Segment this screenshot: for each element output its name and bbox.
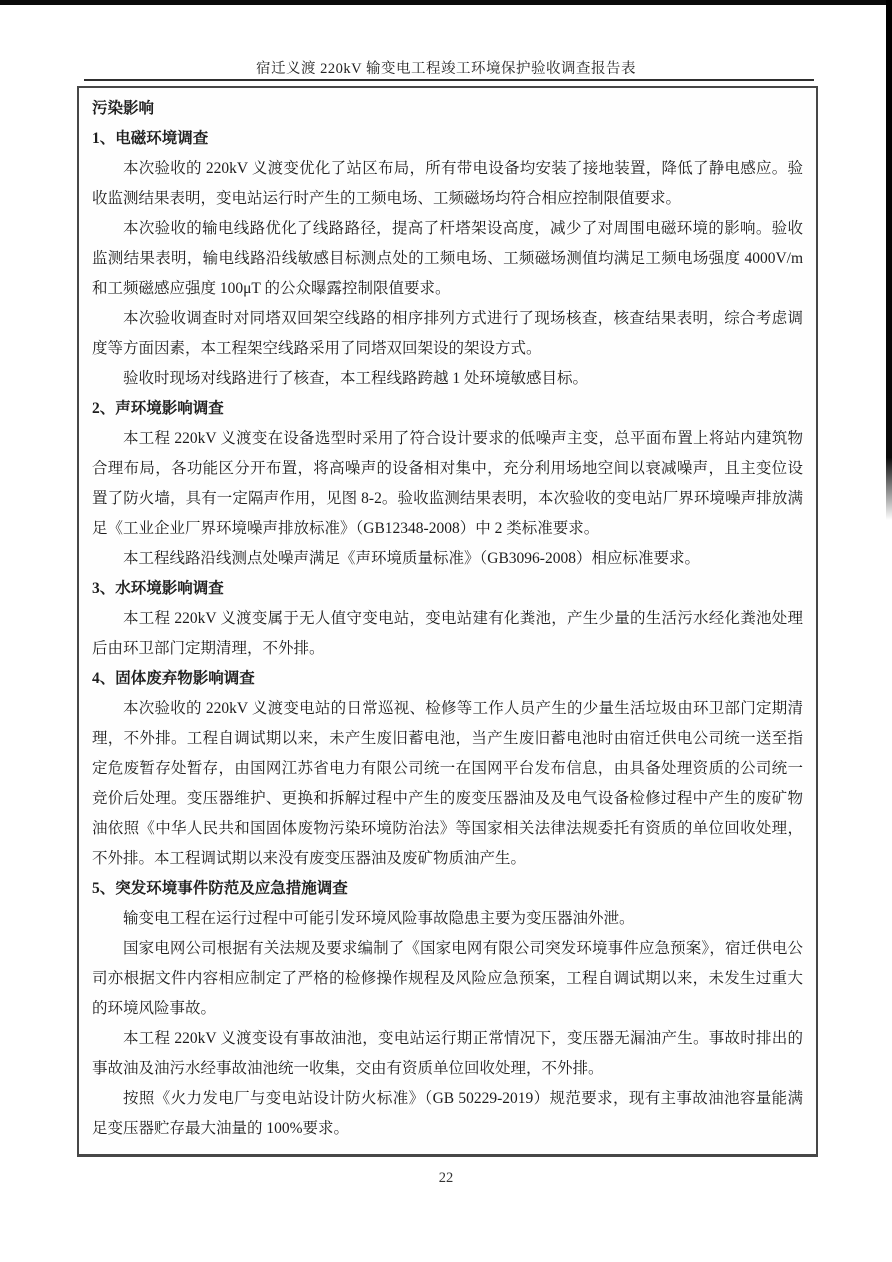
paragraph: 本工程线路沿线测点处噪声满足《声环境质量标准》（GB3096-2008）相应标准… [92,544,803,574]
paragraph: 本次验收调查时对同塔双回架空线路的相序排列方式进行了现场核查，核查结果表明，综合… [92,304,803,364]
section-heading-electromagnetic: 1、电磁环境调查 [92,124,803,154]
scan-edge-top [0,0,892,5]
paragraph: 本工程 220kV 义渡变在设备选型时采用了符合设计要求的低噪声主变，总平面布置… [92,424,803,544]
page-number: 22 [0,1170,892,1187]
header-divider [84,79,814,81]
paragraph: 本工程 220kV 义渡变属于无人值守变电站，变电站建有化粪池，产生少量的生活污… [92,604,803,664]
paragraph: 本次验收的 220kV 义渡变优化了站区布局，所有带电设备均安装了接地装置，降低… [92,154,803,214]
section-heading-water: 3、水环境影响调查 [92,574,803,604]
section-heading-emergency: 5、突发环境事件防范及应急措施调查 [92,874,803,904]
report-table-cell: 污染影响 1、电磁环境调查 本次验收的 220kV 义渡变优化了站区布局，所有带… [77,86,818,1157]
scan-edge-right [886,0,892,520]
document-header-title: 宿迁义渡 220kV 输变电工程竣工环境保护验收调查报告表 [0,57,892,78]
paragraph: 国家电网公司根据有关法规及要求编制了《国家电网有限公司突发环境事件应急预案》，宿… [92,934,803,1024]
paragraph: 本工程 220kV 义渡变设有事故油池，变电站运行期正常情况下，变压器无漏油产生… [92,1024,803,1084]
paragraph: 本次验收的输电线路优化了线路路径，提高了杆塔架设高度，减少了对周围电磁环境的影响… [92,214,803,304]
cell-title-pollution-impact: 污染影响 [92,94,803,124]
section-heading-acoustic: 2、声环境影响调查 [92,394,803,424]
paragraph: 输变电工程在运行过程中可能引发环境风险事故隐患主要为变压器油外泄。 [92,904,803,934]
section-heading-solid-waste: 4、固体废弃物影响调查 [92,664,803,694]
paragraph: 按照《火力发电厂与变电站设计防火标准》（GB 50229-2019）规范要求，现… [92,1084,803,1144]
paragraph: 验收时现场对线路进行了核查，本工程线路跨越 1 处环境敏感目标。 [92,364,803,394]
paragraph: 本次验收的 220kV 义渡变电站的日常巡视、检修等工作人员产生的少量生活垃圾由… [92,694,803,874]
